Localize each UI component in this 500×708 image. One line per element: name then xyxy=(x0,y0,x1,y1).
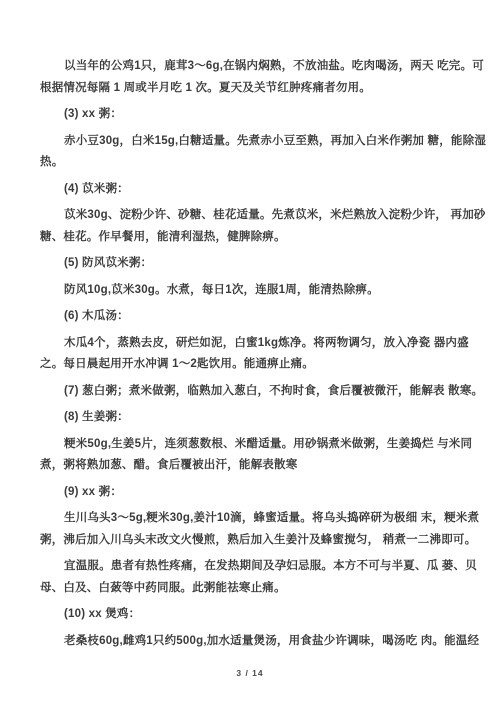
document-page: 以当年的公鸡1只，鹿茸3～6g,在锅内焖熟，不放油盐。吃肉喝汤，两天 吃完。可根… xyxy=(0,0,500,708)
text-line: 宜温服。患者有热性疼痛，在发热期间及孕妇忌服。本方不可与半夏、瓜 蒌、贝 xyxy=(40,556,466,578)
text-line: 木瓜4个，蒸熟去皮，研烂如泥，白蜜1kg炼净。将两物调匀，放入净瓷 器内盛 xyxy=(40,333,466,355)
text-line: (5) 防风苡米粥： xyxy=(40,253,466,275)
document-body: 以当年的公鸡1只，鹿茸3～6g,在锅内焖熟，不放油盐。吃肉喝汤，两天 吃完。可根… xyxy=(40,56,466,657)
paragraph: 老桑枝60g,雌鸡1只约500g,加水适量煲汤，用食盐少许调味，喝汤吃 肉。能温… xyxy=(40,631,466,653)
paragraph: 防风10g,苡米30g。水煮，每日1次，连服1周，能清热除痹。 xyxy=(40,280,466,302)
text-line: 母、白及、白蔹等中药同服。此粥能祛寒止痛。 xyxy=(40,578,466,600)
text-line: 以当年的公鸡1只，鹿茸3～6g,在锅内焖熟，不放油盐。吃肉喝汤，两天 吃完。可 xyxy=(40,56,466,78)
paragraph: (4) 苡米粥： xyxy=(40,179,466,201)
text-line: (9) xx 粥： xyxy=(40,482,466,504)
text-line: 之。每日晨起用开水冲调 1～2匙饮用。能通痹止痛。 xyxy=(40,354,466,376)
text-line: 糖、桂花。作早餐用，能清利湿热，健脾除痹。 xyxy=(40,227,466,249)
paragraph: (8) 生姜粥： xyxy=(40,407,466,429)
paragraph: 赤小豆30g，白米15g,白糖适量。先煮赤小豆至熟，再加入白米作粥加 糖，能除湿… xyxy=(40,131,466,174)
text-line: 煮，粥将熟加葱、醋。食后覆被出汗，能解表散寒 xyxy=(40,455,466,477)
text-line: (3) xx 粥： xyxy=(40,104,466,126)
text-line: 防风10g,苡米30g。水煮，每日1次，连服1周，能清热除痹。 xyxy=(40,280,466,302)
text-line: 根据情况每隔 1 周或半月吃 1 次。夏天及关节红肿疼痛者勿用。 xyxy=(40,78,466,100)
text-line: (10) xx 煲鸡： xyxy=(40,604,466,626)
text-line: 生川乌头3～5g,粳米30g,姜汁10滴，蜂蜜适量。将乌头捣碎研为极细 末，粳米… xyxy=(40,508,466,530)
text-line: 赤小豆30g，白米15g,白糖适量。先煮赤小豆至熟，再加入白米作粥加 糖，能除湿 xyxy=(40,131,466,153)
paragraph: (3) xx 粥： xyxy=(40,104,466,126)
text-line: 苡米30g、淀粉少许、砂糖、桂花适量。先煮苡米，米烂熟放入淀粉少许， 再加砂 xyxy=(40,205,466,227)
paragraph: 宜温服。患者有热性疼痛，在发热期间及孕妇忌服。本方不可与半夏、瓜 蒌、贝母、白及… xyxy=(40,556,466,599)
paragraph: (10) xx 煲鸡： xyxy=(40,604,466,626)
text-line: (6) 木瓜汤： xyxy=(40,306,466,328)
text-line: (4) 苡米粥： xyxy=(40,179,466,201)
text-line: 粳米50g,生姜5片，连须葱数根、米醋适量。用砂锅煮米做粥，生姜捣烂 与米同 xyxy=(40,434,466,456)
paragraph: (5) 防风苡米粥： xyxy=(40,253,466,275)
text-line: 粥，沸后加入川乌头末改文火慢煎，熟后加入生姜汁及蜂蜜搅匀， 稍煮一二沸即可。 xyxy=(40,530,466,552)
paragraph: 生川乌头3～5g,粳米30g,姜汁10滴，蜂蜜适量。将乌头捣碎研为极细 末，粳米… xyxy=(40,508,466,551)
paragraph: 木瓜4个，蒸熟去皮，研烂如泥，白蜜1kg炼净。将两物调匀，放入净瓷 器内盛之。每… xyxy=(40,333,466,376)
text-line: (7) 葱白粥；煮米做粥，临熟加入葱白，不拘时食，食后覆被微汗，能解表 散寒。 xyxy=(40,381,466,403)
paragraph: (7) 葱白粥；煮米做粥，临熟加入葱白，不拘时食，食后覆被微汗，能解表 散寒。 xyxy=(40,381,466,403)
paragraph: (9) xx 粥： xyxy=(40,482,466,504)
paragraph: (6) 木瓜汤： xyxy=(40,306,466,328)
paragraph: 以当年的公鸡1只，鹿茸3～6g,在锅内焖熟，不放油盐。吃肉喝汤，两天 吃完。可根… xyxy=(40,56,466,99)
paragraph: 粳米50g,生姜5片，连须葱数根、米醋适量。用砂锅煮米做粥，生姜捣烂 与米同煮，… xyxy=(40,434,466,477)
text-line: (8) 生姜粥： xyxy=(40,407,466,429)
text-line: 热。 xyxy=(40,152,466,174)
paragraph: 苡米30g、淀粉少许、砂糖、桂花适量。先煮苡米，米烂熟放入淀粉少许， 再加砂糖、… xyxy=(40,205,466,248)
page-number: 3 / 14 xyxy=(236,668,263,678)
page-footer: 3 / 14 xyxy=(0,668,500,678)
text-line: 老桑枝60g,雌鸡1只约500g,加水适量煲汤，用食盐少许调味，喝汤吃 肉。能温… xyxy=(40,631,466,653)
